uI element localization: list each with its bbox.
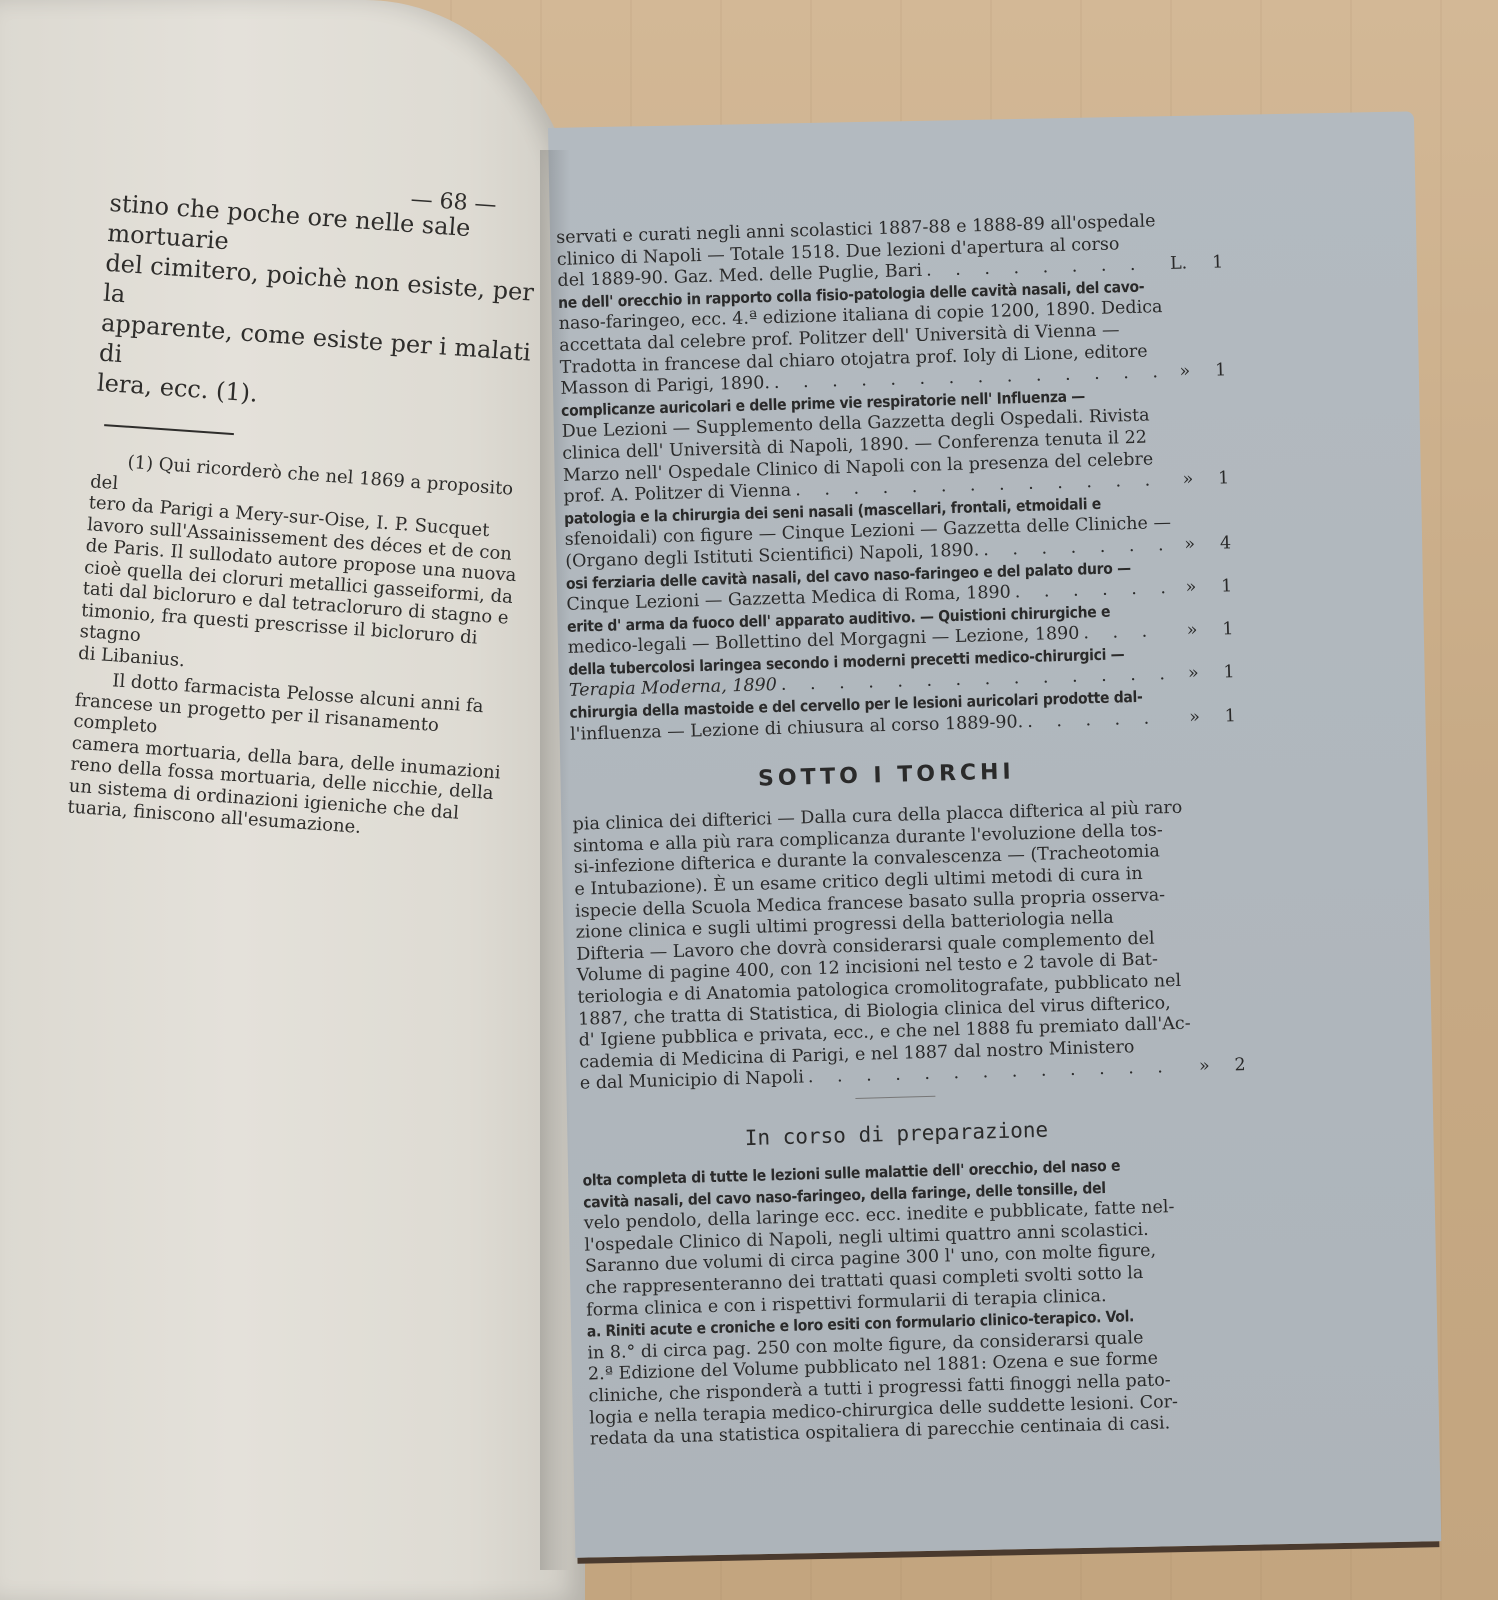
price: 1: [1224, 706, 1236, 728]
leader-dots: . . . . . . . .: [1027, 708, 1168, 734]
price-unit: »: [1168, 577, 1197, 599]
price: 2: [1234, 1055, 1246, 1077]
section-title-in-press: SOTTO I TORCHI: [571, 754, 1201, 797]
publication-entry: ne dell' orecchio in rapporto colla fisi…: [558, 275, 1191, 401]
in-preparation-entry: olta completa di tutte le lezioni sulle …: [582, 1153, 1220, 1451]
price: 1: [1222, 620, 1234, 642]
right-page-text: servati e curati negli anni scolastici 1…: [556, 210, 1220, 1451]
footnote-divider: [104, 424, 234, 435]
price-unit: »: [1169, 621, 1198, 643]
price-unit: »: [1167, 534, 1196, 556]
price-unit: L.: [1159, 254, 1188, 276]
price: 1: [1221, 576, 1233, 598]
left-page-text: — 68 — stino che poche ore nelle sale mo…: [67, 170, 561, 849]
publication-entry: complicanze auricolari e delle prime vie…: [561, 383, 1194, 509]
price-unit: »: [1172, 707, 1201, 729]
price-unit: »: [1162, 362, 1191, 384]
footnote: (1) Qui ricorderò che nel 1869 a proposi…: [67, 449, 542, 849]
price: 4: [1220, 533, 1232, 555]
price: 1: [1212, 253, 1224, 275]
section-title-in-preparation: In corso di preparazione: [581, 1113, 1211, 1155]
in-press-entry: pia clinica dei difterici — Dalla cura d…: [572, 797, 1210, 1095]
price-unit: »: [1181, 1056, 1210, 1078]
price-unit: »: [1170, 664, 1199, 686]
price-unit: »: [1165, 469, 1194, 491]
section-divider: [855, 1096, 935, 1099]
price: 1: [1215, 361, 1227, 383]
leader-dots: . . . . .: [1083, 621, 1166, 645]
main-text: stino che poche ore nelle sale mortuarie…: [96, 188, 560, 429]
price: 1: [1218, 468, 1230, 490]
price: 1: [1223, 663, 1235, 685]
